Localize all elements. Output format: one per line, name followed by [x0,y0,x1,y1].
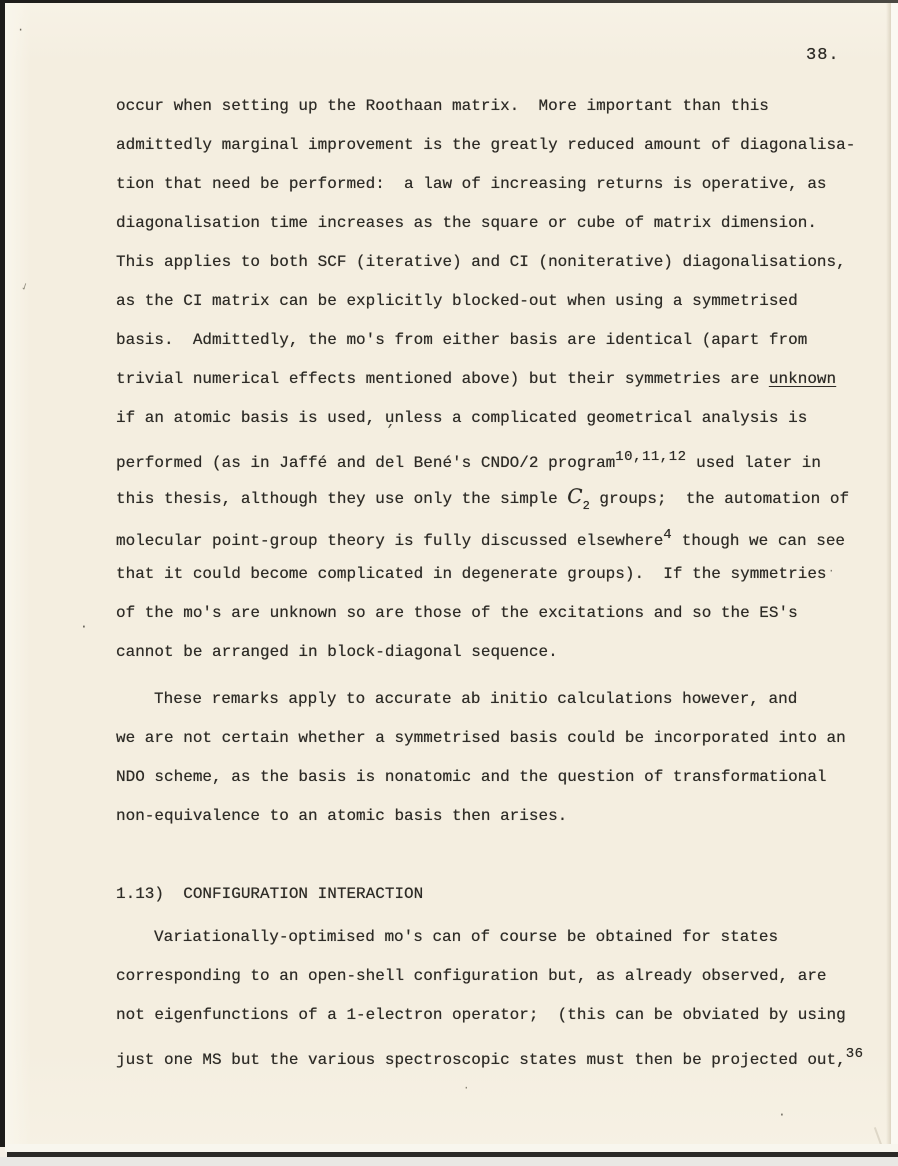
text-line: this thesis, although they use only the … [116,477,886,516]
page-number: 38. [806,46,840,65]
text-line: that it could become complicated in dege… [116,555,886,594]
text-run: admittedly marginal improvement is the g… [116,136,855,154]
text-line: not eigenfunctions of a 1-electron opera… [116,996,886,1035]
text-line: just one MS but the various spectroscopi… [116,1035,886,1074]
text-run: groups; the automation of [590,490,849,508]
text-run: not eigenfunctions of a 1-electron opera… [116,1006,846,1024]
text-run: occur when setting up the Roothaan matri… [116,97,769,115]
text-run: as the CI matrix can be explicitly block… [116,292,798,310]
ink-speck: · [80,620,88,633]
text-line: NDO scheme, as the basis is nonatomic an… [116,758,886,797]
text-line: tion that need be performed: a law of in… [116,165,886,204]
ink-speck: · [828,567,835,578]
text-run: basis. Admittedly, the mo's from either … [116,331,807,349]
text-run: These remarks apply to accurate ab initi… [154,690,797,708]
text-run: tion that need be performed: a law of in… [116,175,827,193]
text-line: admittedly marginal improvement is the g… [116,126,886,165]
paragraph-3: Variationally-optimised mo's can of cour… [116,918,886,1074]
text-run: if an atomic basis is used, unless a com… [116,409,807,427]
text-run: though we can see [672,532,845,550]
text-run: used later in [687,454,821,472]
text-run: of the mo's are unknown so are those of … [116,604,798,622]
section-heading-1-13: 1.13) CONFIGURATION INTERACTION [116,875,886,914]
text-line: basis. Admittedly, the mo's from either … [116,321,886,360]
scanner-bed-strip [0,1157,898,1166]
text-run-sup: 4 [663,527,672,543]
ink-speck: · [17,24,24,36]
text-run: this thesis, although they use only the … [116,490,567,508]
text-run: cannot be arranged in block-diagonal seq… [116,643,558,661]
text-line: 1.13) CONFIGURATION INTERACTION [116,875,886,914]
text-run: diagonalisation time increases as the sq… [116,214,817,232]
paper-bottom-edge [5,1144,898,1152]
text-run-sup: 36 [846,1046,864,1062]
text-run-script: C [567,484,582,508]
text-line: corresponding to an open-shell configura… [116,957,886,996]
text-line: non-equivalence to an atomic basis then … [116,797,886,836]
text-run: This applies to both SCF (iterative) and… [116,253,846,271]
paper-left-highlight [5,3,31,1152]
scanner-right-margin [891,3,898,1152]
text-run: performed (as in Jaffé and del Bené's CN… [116,454,615,472]
text-run: corresponding to an open-shell configura… [116,967,827,985]
text-run: that it could become complicated in dege… [116,565,827,583]
text-line: This applies to both SCF (iterative) and… [116,243,886,282]
text-line: trivial numerical effects mentioned abov… [116,360,886,399]
text-line: performed (as in Jaffé and del Bené's CN… [116,438,886,477]
ink-speck: · [778,1108,786,1121]
ink-speck: · [463,1084,470,1095]
text-run: just one MS but the various spectroscopi… [116,1051,846,1069]
scanned-document-page: 38. occur when setting up the Roothaan m… [0,0,898,1166]
text-run: molecular point-group theory is fully di… [116,532,663,550]
text-run-u: unknown [769,370,836,388]
paragraph-2: These remarks apply to accurate ab initi… [116,680,886,836]
text-run: Variationally-optimised mo's can of cour… [154,928,778,946]
text-line: cannot be arranged in block-diagonal seq… [116,633,886,672]
paragraph-1: occur when setting up the Roothaan matri… [116,87,886,672]
text-line: Variationally-optimised mo's can of cour… [116,918,886,957]
text-line: if an atomic basis is used, unless a com… [116,399,886,438]
text-line: diagonalisation time increases as the sq… [116,204,886,243]
text-line: as the CI matrix can be explicitly block… [116,282,886,321]
text-line: we are not certain whether a symmetrised… [116,719,886,758]
text-run-sub: 2 [583,499,590,513]
scanner-edge-left [0,0,5,1147]
text-run: NDO scheme, as the basis is nonatomic an… [116,768,827,786]
text-run: 1.13) CONFIGURATION INTERACTION [116,885,423,903]
text-run: trivial numerical effects mentioned abov… [116,370,769,388]
text-run: we are not certain whether a symmetrised… [116,729,846,747]
document-body: occur when setting up the Roothaan matri… [116,87,886,1074]
text-line: occur when setting up the Roothaan matri… [116,87,886,126]
text-line: of the mo's are unknown so are those of … [116,594,886,633]
text-line: molecular point-group theory is fully di… [116,516,886,555]
text-run-sup: 10,11,12 [615,449,686,465]
text-run: non-equivalence to an atomic basis then … [116,807,567,825]
text-line: These remarks apply to accurate ab initi… [116,680,886,719]
scanner-edge-top [0,0,898,3]
